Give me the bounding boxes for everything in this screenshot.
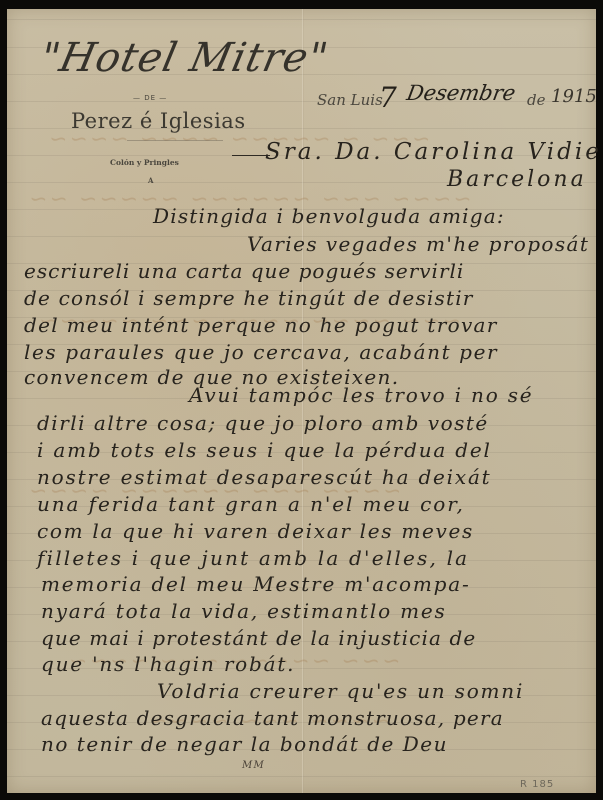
letterhead-de: — DE —	[133, 94, 167, 102]
dateline-year: 1915	[551, 86, 597, 107]
letterhead-address: Colón y Pringles	[110, 158, 179, 167]
body-line: com la que hi varen deixar les meves	[37, 519, 474, 543]
body-line: nyará tota la vida, estimantlo mes	[41, 599, 447, 623]
dateline-day: 7	[379, 81, 397, 114]
page-mark: MM	[242, 760, 265, 771]
letterhead-hotel-name: "Hotel Mitre"	[36, 35, 332, 81]
archive-reference: R 185	[520, 779, 554, 790]
recipient-city: Barcelona	[447, 167, 587, 192]
greeting: Distingida i benvolguda amiga:	[153, 204, 505, 228]
body-line: una ferida tant gran a n'el meu cor,	[37, 492, 465, 516]
recipient-name: Sra. Da. Carolina Vidiella	[265, 139, 603, 165]
body-line: Avui tampóc les trovo i no sé	[189, 383, 533, 407]
body-line: que 'ns l'hagin robát.	[41, 652, 295, 676]
letterhead-divider	[127, 140, 223, 141]
dateline-month: Desembre	[405, 81, 518, 105]
body-line: nostre estimat desaparescút ha deixát	[37, 465, 492, 489]
body-line: del meu intént perque no he pogut trovar	[24, 313, 498, 337]
body-line: i amb tots els seus i que la pérdua del	[37, 438, 492, 462]
body-line: de consól i sempre he tingút de desistir	[24, 286, 474, 310]
letterhead-owners: Perez é Iglesias	[71, 109, 246, 133]
body-line: no tenir de negar la bondát de Deu	[41, 732, 448, 756]
body-line: Voldria creurer qu'es un somni	[157, 679, 524, 703]
letter-page: ~~~ ~ ~~~~~ ~~~~ ~~~~ ~~~~ ~~~ ~~~~~~ ~~…	[7, 9, 596, 793]
body-line: que mai i protestánt de la injusticia de	[41, 626, 476, 650]
dateline-year-prefix: de	[527, 91, 545, 109]
dateline-place: San Luis,	[317, 91, 388, 109]
body-line: aquesta desgracia tant monstruosa, pera	[41, 706, 504, 730]
body-line: memoria del meu Mestre m'acompa-	[41, 572, 471, 596]
letterhead-address-letter: A	[148, 176, 153, 185]
body-line: filletes i que junt amb la d'elles, la	[37, 546, 469, 570]
body-line: escriureli una carta que pogués servirli	[24, 259, 464, 283]
body-line: les paraules que jo cercava, acabánt per	[24, 340, 498, 364]
body-line: dirli altre cosa; que jo ploro amb vosté	[37, 411, 489, 435]
body-line: Varies vegades m'he proposát	[247, 232, 589, 256]
